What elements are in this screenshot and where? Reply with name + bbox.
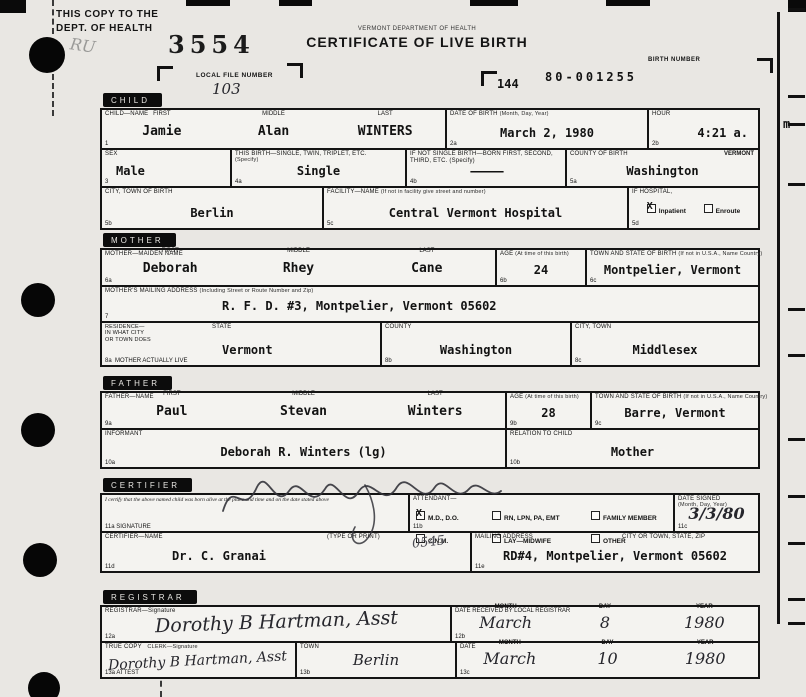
field-this-birth: THIS BIRTH—SINGLE, TWIN, TRIPLET, ETC.(S… bbox=[232, 150, 407, 186]
box-number-11b: 11b bbox=[413, 524, 423, 530]
hole-punch bbox=[21, 283, 55, 317]
field-sex: SEX 3 Male bbox=[102, 150, 232, 186]
residence-city-label: CITY, TOWN bbox=[575, 324, 611, 330]
corner-bracket-icon bbox=[481, 71, 497, 86]
field-father-name: FATHER—NAME 9a FIRSTPaul MIDDLEStevan LA… bbox=[102, 393, 507, 428]
vermont-corner-label: VERMONT bbox=[724, 151, 754, 157]
date-received-day: 8 bbox=[600, 613, 610, 632]
enroute-label: Enroute bbox=[716, 208, 741, 215]
field-mother-name: MOTHER—MAIDEN NAME 6a FIRSTDeborah MIDDL… bbox=[102, 250, 497, 285]
field-relation-to-child: RELATION TO CHILD 10b Mother bbox=[507, 430, 758, 467]
title-block: VERMONT DEPARTMENT OF HEALTH CERTIFICATE… bbox=[247, 26, 587, 50]
scan-smudge bbox=[606, 0, 650, 6]
city-state-zip-label: CITY OR TOWN, STATE, ZIP bbox=[622, 534, 705, 540]
field-city-of-birth: CITY, TOWN OF BIRTH 5b Berlin bbox=[102, 188, 324, 228]
middle-label: MIDDLE bbox=[238, 391, 370, 397]
attendant-label: ATTENDANT— bbox=[413, 496, 457, 502]
field-certifier-mailing: MAILING ADDRESS CITY OR TOWN, STATE, ZIP… bbox=[472, 533, 758, 571]
attest-date-day: 10 bbox=[597, 649, 617, 668]
attest-date-label: DATE bbox=[460, 644, 476, 650]
fold-mark bbox=[52, 74, 54, 116]
box-number-9b: 9b bbox=[510, 421, 517, 427]
certifier-statement: I certify that the above named child was… bbox=[105, 497, 335, 504]
fold-mark bbox=[52, 0, 54, 34]
box-number-4a: 4a bbox=[235, 179, 242, 185]
box-number-11c: 11c bbox=[678, 524, 687, 530]
town-label: TOWN bbox=[300, 644, 319, 650]
department-name: VERMONT DEPARTMENT OF HEALTH bbox=[247, 26, 587, 32]
field-father-birthplace: TOWN AND STATE OF BIRTH (If not in U.S.A… bbox=[592, 393, 758, 428]
registration-line bbox=[777, 12, 780, 624]
true-copy-label: TRUE COPY bbox=[105, 644, 142, 650]
child-last-name: WINTERS bbox=[358, 124, 413, 139]
mother-name-label: MOTHER—MAIDEN NAME bbox=[105, 251, 183, 257]
residence-bottom-label: MOTHER ACTUALLY LIVE bbox=[115, 358, 187, 364]
residence-county-label: COUNTY bbox=[385, 324, 412, 330]
not-single-label2: THIRD, ETC. (Specify) bbox=[410, 158, 475, 164]
residence-label2: IN WHAT CITY bbox=[105, 330, 144, 336]
registration-mark bbox=[788, 598, 805, 601]
field-facility-name: FACILITY—NAME (If not in facility give s… bbox=[324, 188, 629, 228]
child-first-name: Jamie bbox=[142, 124, 181, 139]
mailing-address-label: MAILING ADDRESS bbox=[475, 534, 533, 540]
field-hour: HOUR 2b 4:21 a. bbox=[649, 110, 758, 148]
box-number-2a: 2a bbox=[450, 141, 457, 147]
middle-label: MIDDLE bbox=[218, 111, 330, 117]
father-age-label: AGE bbox=[510, 394, 523, 400]
not-single-label1: IF NOT SINGLE BIRTH—BORN FIRST, SECOND, bbox=[410, 151, 553, 157]
field-mother-birthplace: TOWN AND STATE OF BIRTH (If not in U.S.A… bbox=[587, 250, 758, 285]
father-name-label: FATHER—NAME bbox=[105, 394, 154, 400]
inpatient-label: Inpatient bbox=[659, 208, 686, 215]
checkbox-checked-icon: X bbox=[416, 511, 425, 520]
date-signed-sublabel: (Month, Day, Year) bbox=[678, 502, 727, 508]
scan-smudge bbox=[279, 0, 312, 6]
date-received-month: March bbox=[479, 613, 532, 632]
birth-certificate-scan: THIS COPY TO THE DEPT. OF HEALTH RU 3554… bbox=[0, 0, 806, 697]
copy-note: THIS COPY TO THE DEPT. OF HEALTH bbox=[56, 8, 159, 36]
checkbox-checked-icon: X bbox=[647, 204, 656, 213]
signature-label: SIGNATURE bbox=[116, 524, 151, 530]
box-number-10b: 10b bbox=[510, 460, 520, 466]
scan-smudge bbox=[0, 0, 26, 13]
box-number-6a: 6a bbox=[105, 278, 112, 284]
box-number-11d: 11d bbox=[105, 564, 115, 570]
box-number-3: 3 bbox=[105, 179, 108, 185]
box-number-8c: 8c bbox=[575, 358, 581, 364]
facility-sublabel: (If not in facility give street and numb… bbox=[381, 189, 486, 195]
box-number-12a: 12a bbox=[105, 634, 115, 640]
father-birthplace-value: Barre, Vermont bbox=[624, 406, 725, 420]
box-number-4b: 4b bbox=[410, 179, 417, 185]
page-title: CERTIFICATE OF LIVE BIRTH bbox=[247, 34, 587, 50]
type-or-print-label: (TYPE OR PRINT) bbox=[327, 534, 380, 540]
mother-mailing-sublabel: (Including Street or Route Number and Zi… bbox=[200, 288, 314, 294]
last-label: LAST bbox=[363, 248, 491, 254]
informant-value: Deborah R. Winters (lg) bbox=[220, 445, 386, 459]
residence-label3: OR TOWN DOES bbox=[105, 337, 151, 343]
date-received-year: 1980 bbox=[684, 613, 725, 632]
state-label: STATE bbox=[212, 324, 231, 330]
father-section-tab: FATHER bbox=[103, 376, 172, 390]
mother-birthplace-label: TOWN AND STATE OF BIRTH bbox=[590, 251, 677, 257]
box-number-1: 1 bbox=[105, 141, 108, 147]
attendant-option-rn: RN, LPN, PA, EMT bbox=[492, 507, 591, 525]
field-date-signed: DATE SIGNED(Month, Day, Year) 11c 3/3/80 bbox=[675, 495, 758, 531]
checkbox-empty-icon bbox=[492, 511, 501, 520]
certifier-name-value: Dr. C. Granai bbox=[172, 549, 266, 563]
hour-label: HOUR bbox=[652, 111, 670, 117]
registration-mark bbox=[788, 308, 805, 311]
field-true-copy-attest: TRUE COPY CLERK—Signature 13a ATTEST Dor… bbox=[102, 643, 297, 677]
certifier-mailing-value: RD#4, Montpelier, Vermont 05602 bbox=[503, 549, 727, 563]
section-certifier: CERTIFIER I certify that the above named… bbox=[100, 475, 760, 573]
dob-label: DATE OF BIRTH bbox=[450, 111, 498, 117]
date-received-label: DATE RECEIVED BY LOCAL REGISTRAR bbox=[455, 608, 755, 614]
registrar-section-tab: REGISTRAR bbox=[103, 590, 197, 604]
field-residence-county: COUNTY 8b Washington bbox=[382, 323, 572, 365]
mother-first-name: Deborah bbox=[143, 261, 198, 276]
facility-value: Central Vermont Hospital bbox=[389, 206, 562, 220]
inpatient-option: XInpatient bbox=[647, 200, 686, 217]
box-number-7: 7 bbox=[105, 314, 108, 320]
field-if-hospital: IF HOSPITAL, 5d XInpatient Enroute bbox=[629, 188, 758, 228]
box-number-9a: 9a bbox=[105, 421, 112, 427]
attendant-option-md-do: XM.D., D.O. bbox=[416, 507, 492, 525]
father-last-name: Winters bbox=[408, 404, 463, 419]
hole-punch bbox=[21, 413, 55, 447]
field-informant: INFORMANT 10a Deborah R. Winters (lg) bbox=[102, 430, 507, 467]
hole-punch bbox=[23, 543, 57, 577]
field-county-of-birth: COUNTY OF BIRTH VERMONT 5a Washington bbox=[567, 150, 758, 186]
section-father: FATHER FATHER—NAME 9a FIRSTPaul MIDDLESt… bbox=[100, 373, 760, 469]
mother-section-tab: MOTHER bbox=[103, 233, 176, 247]
mother-age-label: AGE bbox=[500, 251, 513, 257]
sex-label: SEX bbox=[105, 151, 118, 157]
registration-mark bbox=[788, 8, 805, 11]
handwritten-note: 0545 bbox=[411, 533, 445, 551]
child-section-tab: CHILD bbox=[103, 93, 162, 107]
field-certifier-name: CERTIFIER—NAME (TYPE OR PRINT) 11d Dr. C… bbox=[102, 533, 472, 571]
checkbox-empty-icon bbox=[704, 204, 713, 213]
informant-label: INFORMANT bbox=[105, 431, 142, 437]
mother-mailing-value: R. F. D. #3, Montpelier, Vermont 05602 bbox=[222, 299, 497, 313]
residence-label1: RESIDENCE— bbox=[105, 324, 145, 330]
birth-number-label: BIRTH NUMBER bbox=[648, 57, 700, 63]
mother-birthplace-sublabel: (If not in U.S.A., Name Country) bbox=[678, 251, 762, 257]
box-number-11a: 11a bbox=[105, 524, 115, 530]
father-birthplace-sublabel: (If not in U.S.A., Name Country) bbox=[683, 394, 767, 400]
section-registrar: REGISTRAR REGISTRAR—Signature 12a Doroth… bbox=[100, 587, 760, 679]
last-label: LAST bbox=[369, 391, 501, 397]
residence-state-value: Vermont bbox=[222, 343, 273, 357]
box-number-9c: 9c bbox=[595, 421, 601, 427]
sex-value: Male bbox=[116, 164, 145, 178]
box-number-10a: 10a bbox=[105, 460, 115, 466]
enroute-option: Enroute bbox=[704, 200, 741, 217]
box-number-8a: 8a bbox=[105, 358, 112, 364]
registration-mark bbox=[788, 123, 805, 126]
residence-county-value: Washington bbox=[440, 343, 512, 357]
registration-mark bbox=[788, 183, 805, 186]
father-birthplace-label: TOWN AND STATE OF BIRTH bbox=[595, 394, 682, 400]
corner-bracket-icon bbox=[287, 63, 303, 78]
field-attendant: ATTENDANT— 11b XM.D., D.O. RN, LPN, PA, … bbox=[410, 495, 675, 531]
corner-bracket-icon bbox=[157, 66, 173, 81]
county-of-birth-label: COUNTY OF BIRTH bbox=[570, 151, 628, 157]
local-file-number-label: LOCAL FILE NUMBER bbox=[196, 72, 273, 79]
field-mother-age: AGE (At time of this birth) 6b 24 bbox=[497, 250, 587, 285]
box-number-13b: 13b bbox=[300, 670, 310, 676]
registrar-signature-label: REGISTRAR—Signature bbox=[105, 608, 176, 614]
copy-note-line1: THIS COPY TO THE bbox=[56, 8, 159, 22]
father-age-value: 28 bbox=[541, 406, 555, 420]
dob-sublabel: (Month, Day, Year) bbox=[500, 111, 549, 117]
hospital-options: XInpatient Enroute bbox=[647, 200, 740, 218]
date-of-birth-value: March 2, 1980 bbox=[500, 126, 594, 140]
box-number-8b: 8b bbox=[385, 358, 392, 364]
registration-mark bbox=[788, 495, 805, 498]
field-father-age: AGE (At time of this birth) 9b 28 bbox=[507, 393, 592, 428]
mother-mailing-label: MOTHER'S MAILING ADDRESS bbox=[105, 288, 198, 294]
field-attest-date: DATE 13c MONTHMarch DAY10 YEAR1980 bbox=[457, 643, 758, 677]
stamp-number: 3554 bbox=[168, 30, 255, 59]
box-number-2b: 2b bbox=[652, 141, 659, 147]
registration-mark bbox=[788, 622, 805, 625]
certificate-form: CHILD CHILD—NAME 1 FIRSTJamie MIDDLEAlan… bbox=[100, 90, 760, 679]
checkbox-empty-icon bbox=[591, 511, 600, 520]
hour-am-suffix: m bbox=[783, 117, 790, 131]
relation-value: Mother bbox=[611, 445, 654, 459]
mother-age-sublabel: (At time of this birth) bbox=[515, 251, 569, 257]
box-number-5c: 5c bbox=[327, 221, 333, 227]
hole-punch bbox=[29, 37, 65, 73]
attest-date-year: 1980 bbox=[685, 649, 726, 668]
city-of-birth-value: Berlin bbox=[190, 206, 233, 220]
pencil-mark: RU bbox=[69, 34, 97, 56]
residence-city-value: Middlesex bbox=[632, 343, 697, 357]
mother-middle-name: Rhey bbox=[283, 261, 314, 276]
box-number-11e: 11e bbox=[475, 564, 485, 570]
father-first-name: Paul bbox=[156, 404, 187, 419]
attendant-option-family: FAMILY MEMBER bbox=[591, 507, 667, 525]
field-attest-town: TOWN 13b Berlin bbox=[297, 643, 457, 677]
father-middle-name: Stevan bbox=[280, 404, 327, 419]
box-number-6b: 6b bbox=[500, 278, 507, 284]
clerk-signature-label: CLERK—Signature bbox=[147, 644, 197, 650]
mother-age-value: 24 bbox=[534, 263, 548, 277]
birth-number-value: 80-001255 bbox=[545, 70, 637, 84]
registration-mark bbox=[788, 354, 805, 357]
last-label: LAST bbox=[329, 111, 441, 117]
field-registrar-signature: REGISTRAR—Signature 12a Dorothy B Hartma… bbox=[102, 607, 452, 641]
child-name-label: CHILD—NAME bbox=[105, 111, 148, 117]
field-mother-mailing-address: MOTHER'S MAILING ADDRESS (Including Stre… bbox=[102, 287, 758, 321]
field-date-of-birth: DATE OF BIRTH (Month, Day, Year) 2a Marc… bbox=[447, 110, 649, 148]
section-mother: MOTHER MOTHER—MAIDEN NAME 6a FIRSTDebora… bbox=[100, 230, 760, 367]
field-if-not-single: IF NOT SINGLE BIRTH—BORN FIRST, SECOND,T… bbox=[407, 150, 567, 186]
registration-mark bbox=[788, 438, 805, 441]
registrar-signature-value: Dorothy B Hartman, Asst bbox=[154, 607, 398, 637]
child-middle-name: Alan bbox=[258, 124, 289, 139]
mother-birthplace-value: Montpelier, Vermont bbox=[604, 263, 741, 277]
corner-bracket-icon bbox=[757, 58, 773, 73]
facility-label: FACILITY—NAME bbox=[327, 189, 379, 195]
father-age-sublabel: (At time of this birth) bbox=[525, 394, 579, 400]
attest-date-month: March bbox=[483, 649, 536, 668]
city-of-birth-label: CITY, TOWN OF BIRTH bbox=[105, 189, 173, 195]
certifier-section-tab: CERTIFIER bbox=[103, 478, 192, 492]
certifier-name-label: CERTIFIER—NAME bbox=[105, 534, 163, 540]
field-date-received: DATE RECEIVED BY LOCAL REGISTRAR 12b MON… bbox=[452, 607, 758, 641]
scan-smudge bbox=[470, 0, 518, 6]
this-birth-value: Single bbox=[297, 164, 340, 178]
field-residence-state: RESIDENCE— IN WHAT CITY OR TOWN DOES STA… bbox=[102, 323, 382, 365]
box-number-5d: 5d bbox=[632, 221, 639, 227]
box-number-13c: 13c bbox=[460, 670, 470, 676]
birth-number-prefix: 144 bbox=[497, 77, 519, 91]
mother-last-name: Cane bbox=[411, 261, 442, 276]
middle-label: MIDDLE bbox=[234, 248, 362, 254]
section-child: CHILD CHILD—NAME 1 FIRSTJamie MIDDLEAlan… bbox=[100, 90, 760, 230]
field-child-name: CHILD—NAME 1 FIRSTJamie MIDDLEAlan LASTW… bbox=[102, 110, 447, 148]
clerk-signature-value: Dorothy B Hartman, Asst bbox=[108, 648, 288, 673]
hole-punch bbox=[28, 672, 60, 697]
field-residence-city: CITY, TOWN 8c Middlesex bbox=[572, 323, 758, 365]
box-number-6c: 6c bbox=[590, 278, 596, 284]
registration-mark bbox=[788, 95, 805, 98]
if-hospital-label: IF HOSPITAL, bbox=[632, 189, 672, 195]
not-single-value: —————— bbox=[470, 164, 501, 178]
scan-smudge bbox=[186, 0, 230, 6]
attest-town-value: Berlin bbox=[353, 651, 399, 669]
this-birth-sublabel: (Specify) bbox=[235, 157, 259, 163]
box-number-5a: 5a bbox=[570, 179, 577, 185]
registration-mark bbox=[788, 542, 805, 545]
hour-value: 4:21 a. bbox=[697, 126, 748, 140]
field-certifier-signature: I certify that the above named child was… bbox=[102, 495, 410, 531]
relation-label: RELATION TO CHILD bbox=[510, 431, 572, 437]
county-of-birth-value: Washington bbox=[626, 164, 698, 178]
box-number-5b: 5b bbox=[105, 221, 112, 227]
